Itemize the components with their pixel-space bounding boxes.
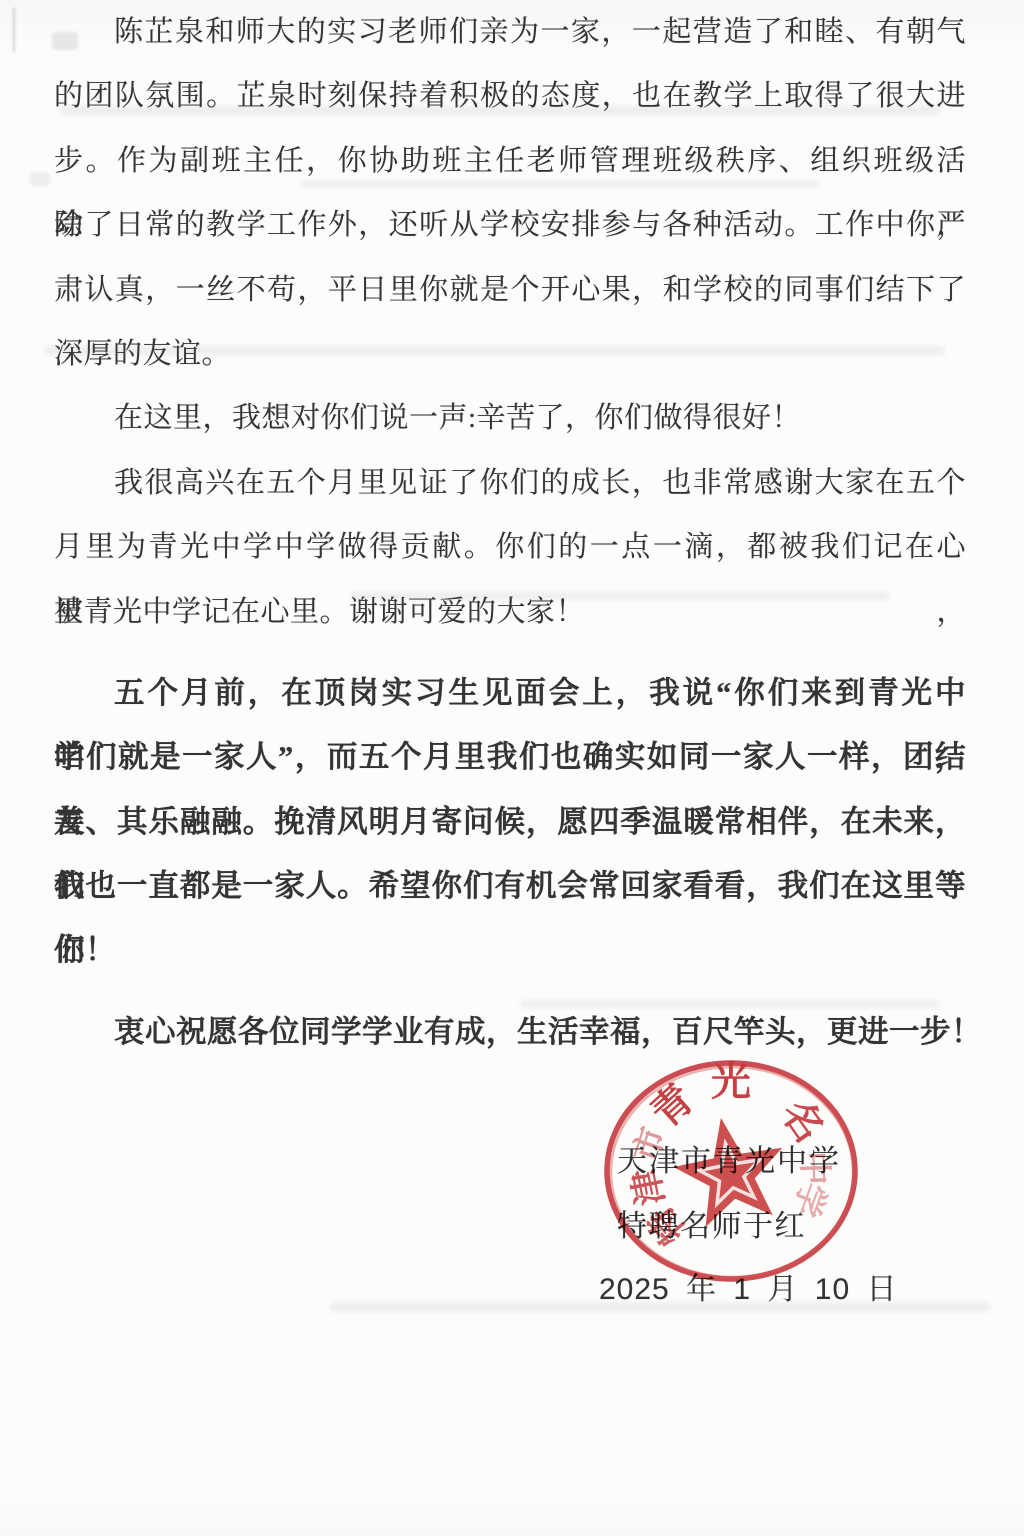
letter-line: 的团队氛围。芷泉时刻保持着积极的态度，也在教学上取得了很大进: [54, 64, 966, 128]
seal-ring-char: 津: [625, 1166, 671, 1209]
letter-line: 步。作为副班主任，你协助班主任老师管理班级秩序、组织班级活动，: [54, 129, 966, 193]
scan-artifact: [13, 8, 15, 52]
letter-line: 我很高兴在五个月里见证了你们的成长，也非常感谢大家在五个: [54, 451, 966, 515]
scan-artifact: [30, 172, 50, 186]
letter-line: 们也一直都是一家人。希望你们有机会常回家看看，我们在这里等你: [54, 854, 966, 918]
seal-ring-char: 光: [711, 1059, 751, 1104]
letter-line: 肃认真，一丝不苟，平日里你就是个开心果，和学校的同事们结下了: [54, 258, 966, 322]
letter-line: 陈芷泉和师大的实习老师们亲为一家，一起营造了和睦、有朝气: [54, 0, 966, 64]
letter-line: 除了日常的教学工作外，还听从学校安排参与各种活动。工作中你严: [54, 193, 966, 257]
letter-line: 在这里，我想对你们说一声:辛苦了，你们做得很好！: [54, 386, 966, 450]
seal-star-icon: [667, 1108, 794, 1230]
scanned-letter-page: 陈芷泉和师大的实习老师们亲为一家，一起营造了和睦、有朝气 的团队氛围。芷泉时刻保…: [0, 0, 1024, 1536]
letter-line: 善、其乐融融。挽清风明月寄问候，愿四季温暖常相伴，在未来，我: [54, 790, 966, 854]
letter-line: 深厚的友谊。: [54, 322, 966, 386]
letter-line: 咱们就是一家人”，而五个月里我们也确实如同一家人一样，团结友: [54, 725, 966, 789]
letter-line: 五个月前，在顶岗实习生见面会上，我说“你们来到青光中学，: [54, 661, 966, 725]
letter-line: 们！: [54, 918, 966, 982]
letter-body: 陈芷泉和师大的实习老师们亲为一家，一起营造了和睦、有朝气 的团队氛围。芷泉时刻保…: [54, 0, 966, 1064]
school-seal-stamp: 特 津 市 青 光 名 中 学: [591, 1031, 871, 1311]
letter-line: 月里为青光中学中学做得贡献。你们的一点一滴，都被我们记在心里，: [54, 515, 966, 579]
